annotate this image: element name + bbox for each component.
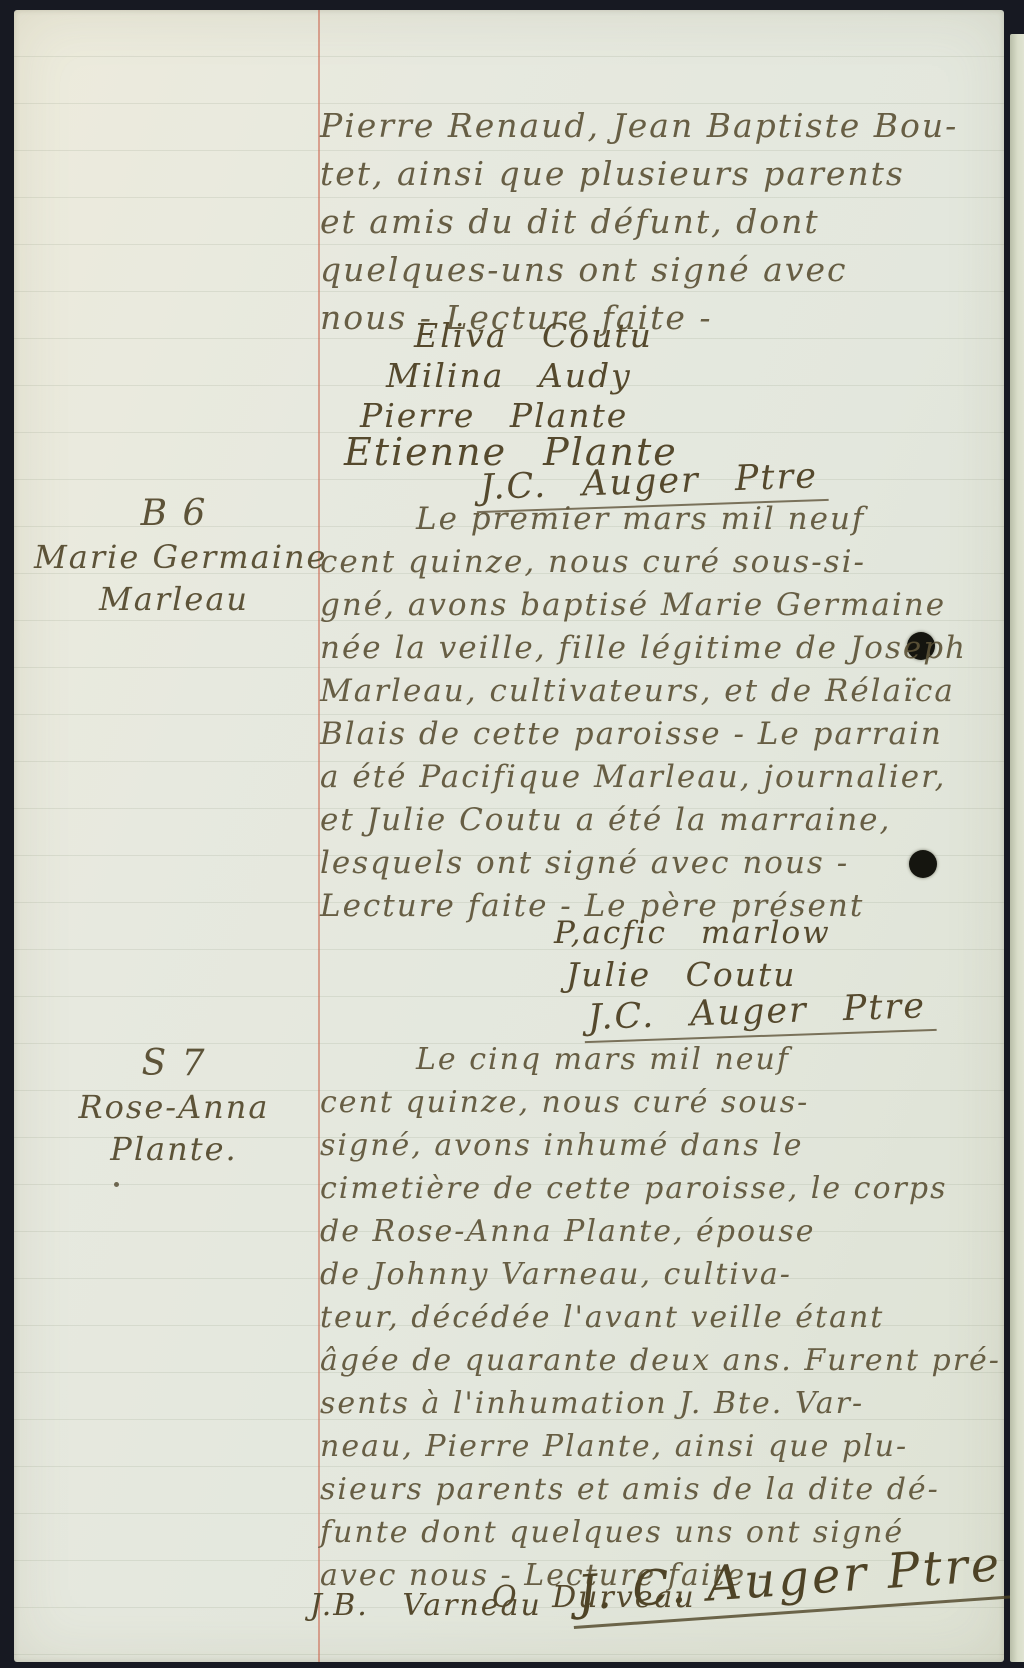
adjacent-page-edge [1010,34,1024,1662]
entry-line: de Rose-Anna Plante, épouse [320,1210,1001,1253]
entry-line: gné, avons baptisé Marie Germaine [320,584,967,627]
entry-line: lesquels ont signé avec nous - [320,842,967,885]
margin-act-code: S 7 [34,1042,314,1086]
ledger-page: Pierre Renaud, Jean Baptiste Bou- tet, a… [14,10,1004,1662]
entry-line: cent quinze, nous curé sous-si- [320,541,967,584]
entry-line: a été Pacifique Marleau, journalier, [320,756,967,799]
margin-act-code: B 6 [34,492,314,536]
record-baptism-b6: Le premier mars mil neuf cent quinze, no… [320,498,967,928]
signature-pacific-marlow: P,acfic marlow [554,915,831,951]
entry-line: teur, décédée l'avant veille étant [320,1296,1001,1339]
scan-background: { "colors": { "background": "#171922", "… [0,0,1024,1668]
entry-line: Le cinq mars mil neuf [320,1038,1001,1081]
margin-name-line: Plante. [34,1128,314,1170]
entry-line: et amis du dit défunt, dont [320,198,958,246]
entry-line: Le premier mars mil neuf [320,498,967,541]
entry-line: cimetière de cette paroisse, le corps [320,1167,1001,1210]
entry-line: âgée de quarante deux ans. Furent pré- [320,1339,1001,1382]
signature-julie-coutu: Julie Coutu [566,955,797,994]
margin-note-s7: S 7 Rose-Anna Plante. [34,1042,314,1170]
signature-eliva-coutu: Eliva Coutu [414,316,653,355]
entry-line: quelques-uns ont signé avec [320,246,958,294]
margin-name-line: Marie Germaine [34,536,314,578]
entry-line: de Johnny Varneau, cultiva- [320,1253,1001,1296]
entry-line: Blais de cette paroisse - Le parrain [320,713,967,756]
signature-milina-audy: Milina Audy [386,356,632,395]
record-burial-s7: Le cinq mars mil neuf cent quinze, nous … [320,1038,1001,1597]
margin-note-b6: B 6 Marie Germaine Marleau [34,492,314,620]
entry-line: sieurs parents et amis de la dite dé- [320,1468,1001,1511]
signature-priest: J.C. Auger Ptre [584,992,936,1037]
margin-name-line: Marleau [34,578,314,620]
entry-line: cent quinze, nous curé sous- [320,1081,1001,1124]
signature-priest-text: J.C. Auger Ptre [583,986,936,1043]
record-previous-entry: Pierre Renaud, Jean Baptiste Bou- tet, a… [320,102,958,342]
entry-line: neau, Pierre Plante, ainsi que plu- [320,1425,1001,1468]
entry-line: et Julie Coutu a été la marraine, [320,799,967,842]
entry-line: Pierre Renaud, Jean Baptiste Bou- [320,102,958,150]
entry-line: née la veille, fille légitime de Joseph [320,627,967,670]
entry-line: tet, ainsi que plusieurs parents [320,150,958,198]
entry-line: Marleau, cultivateurs, et de Rélaïca [320,670,967,713]
entry-line: signé, avons inhumé dans le [320,1124,1001,1167]
entry-line: sents à l'inhumation J. Bte. Var- [320,1382,1001,1425]
ink-dot [114,1182,119,1187]
margin-name-line: Rose-Anna [34,1086,314,1128]
